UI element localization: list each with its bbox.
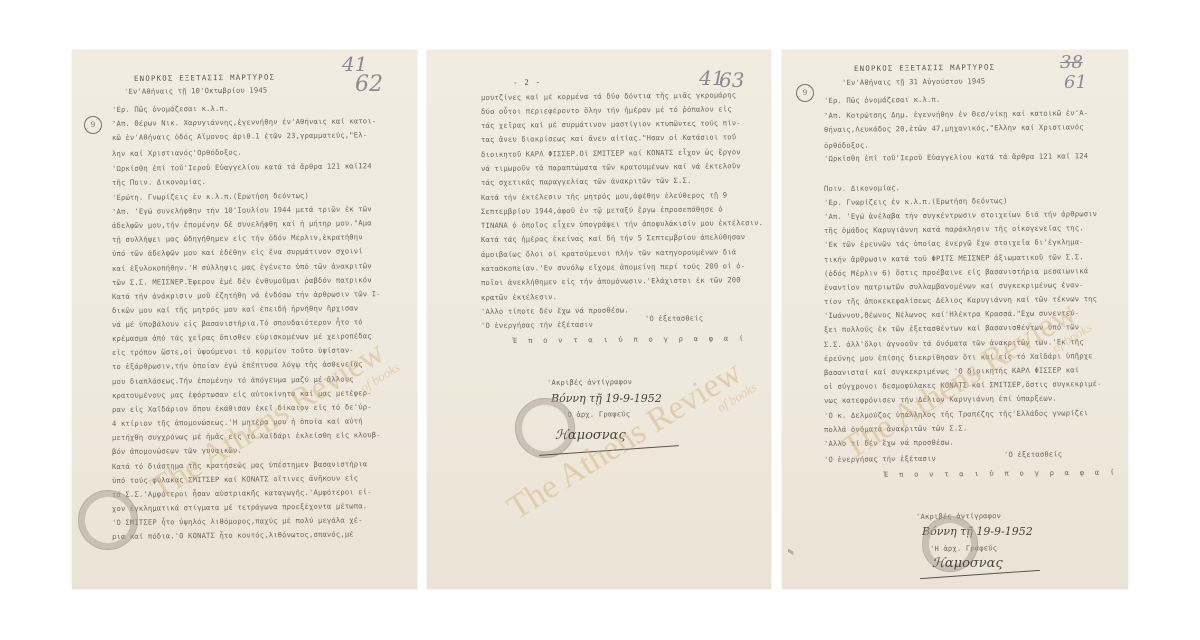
text-line: λην καί Χριστιανός'Ορθόδοξος.: [112, 148, 242, 158]
signatory-witness-label: 'Ο ἐξετασθείς: [1004, 449, 1062, 459]
text-line: τῇ συλλήψει μας ὡδηγήθημεν εἰς τήν ὁδόν …: [112, 232, 363, 244]
document-page-2: 41 63 - 2 - μουτζίνες καί μέ κορμένα τά …: [427, 50, 771, 589]
text-line: ραν εἰς Χαϊδάριον ὅπου ἐκάθισαν ἐκεῖ δίκ…: [112, 402, 372, 414]
official-seal-stamp: [78, 490, 138, 550]
signatory-witness-label: 'Ο ἐξετασθείς: [645, 313, 703, 323]
text-line: 'Ερ. Πῶς ὀνομάζεσαι κ.λ.π.: [824, 95, 941, 105]
text-line: νως κατεφρόνισεν τήν Δέλιον Καρυγιάννη ἐ…: [824, 394, 1057, 405]
text-line: το ἐξάρθρωσιν,τήν ὁποίαν ἐγώ ἐπέπτυσα λό…: [112, 359, 363, 371]
text-line: μουτζίνες καί μέ κορμένα τά δύο δόντια τ…: [481, 90, 736, 102]
typewritten-text: ΕΝΟΡΚΟΣ ΕΞΕΤΑΣΙΣ ΜΑΡΤΥΡΟΣ 'Εν'Αθήναις τῇ…: [782, 50, 1128, 589]
text-line: κατασκοπείαν.'Εν συνόλῳ εἴχομε ἀπομείνη …: [481, 261, 745, 273]
text-line: νά μέ ὑποβάλουν εἰς βασανιστήρια.Τό σπου…: [112, 317, 363, 329]
text-line: ἐρεύνης μου ἐπίσης διεκρίθησαν ὅτι καί ε…: [824, 351, 1093, 363]
text-line: 4 κτίριον τῆς ἀπομονώσεως.'Η μητέρα μου …: [112, 416, 363, 428]
text-line: χον ἐγκληματικά στίγματα μέ τετράγωνα πρ…: [112, 501, 367, 513]
text-line: 'Απ. 'Εγώ συνελήφθην τήν 10'Ιουλίου 1944…: [112, 204, 372, 216]
text-line: 'Ο κ. Δελμούζος ὑπάλληλος τῆς Τραπέζης τ…: [824, 408, 1088, 420]
text-line: θήναις,Λευκάδος 20,ἐτῶν 47,μηχανικός,"Ελ…: [824, 122, 1084, 134]
document-heading: ΕΝΟΡΚΟΣ ΕΞΕΤΑΣΙΣ ΜΑΡΤΥΡΟΣ: [134, 73, 275, 83]
text-line: εἰς τρόπον ὥστε,οἱ ὑψούμενοι τό κορμίον …: [112, 345, 354, 357]
text-line: Κατά τήν ἀνάκρισιν μοῦ ἐζητήθη νά ἐνδόσω…: [112, 289, 381, 301]
text-line: διοικητοῦ ΚΑΡΛ ΦΙΣΣΕΡ.Οἱ ΣΜΙΤΣΕΡ καί ΚΟΝ…: [481, 147, 741, 159]
text-line: μετήχθη συγχρόνως μέ ἡμᾶς εἰς τό Χαϊδάρι…: [112, 430, 381, 442]
certification-place-date: Βόννη τῇ 19-9-1952: [551, 392, 662, 405]
text-line: νά τιμωροῦν τά παραπτώματα τῶν κρατουμέν…: [481, 161, 741, 173]
text-line: 'Αλλο τί δέν ἔχω νά προσθέσω.: [824, 438, 954, 448]
text-line: κρέμασμα ἀπό τάς χεῖρας ὄπισθεν εὑρισκομ…: [112, 331, 372, 343]
signatures-follow-line: Ἐ π ο ν τ α ι ὑ π ο γ ρ α φ α ί: [513, 334, 746, 345]
text-line: 'Ερώτη. Γνωρίζεις ἐν κ.λ.π.(Ερωτήση δεόν…: [112, 191, 309, 202]
text-line: τῶν Σ.Σ. ΜΕΙΣΝΕΡ.Ἐφερον ἐμέ δέν ἐνθυμοῦμ…: [112, 275, 372, 287]
text-line: δύο οὗτοι περιεφέροντο ὅλην τήν ἡμέραν μ…: [481, 104, 732, 116]
text-line: 'Απ. 'Εγώ ἀνέλαβα τήν συγκέντρωσιν στοιχ…: [824, 209, 1097, 221]
text-line: πολλά ὀνόματα ἀνακριτῶν τῶν Σ.Σ.: [824, 423, 967, 433]
certification-label: 'Ακριβές ἀντίγραφον: [547, 377, 632, 387]
text-line: κρατῶν ἐκτέλεσιν.: [481, 292, 557, 302]
text-line: καί ἐξυλοκοπήθην.'Η σύλληψις μας ἐγένετο…: [112, 261, 372, 273]
text-line: δικῶν μου καί τῆς μητρός μου καί ἐπειδή …: [112, 303, 358, 315]
text-line: 'Ερ. Γνωρίζεις ἐν κ.λ.π.(Ερωτήση δεόντως…: [824, 196, 1008, 207]
text-line: τας ἄνευ διακρίσεως καί ἄνευ αἰτίας."Ησα…: [481, 132, 736, 144]
text-line: τίον τῆς ἀποκεκεφαλίσεως Δέλιος Καρυγιάν…: [824, 294, 1097, 306]
text-line: ξει πολλούς ἐκ τῶν ἐξετασθέντων καί βασα…: [824, 322, 1079, 334]
text-line: κρατουμένους μας ἐφόρτωσαν εἰς αὐτοκίνητ…: [112, 388, 372, 400]
text-line: ὑπό τῶν ἀδελφῶν μου καί ἐδέθην εἰς ἕνα σ…: [112, 246, 363, 258]
text-line: ρια καί πόδια.'Ο ΚΟΝΑΤΣ ἦτο κοντός,λιθόν…: [112, 529, 354, 541]
text-line: 'Εν'Αθήναις τῇ 10'Οκτωβρίου 1945: [124, 85, 267, 95]
text-line: Κατά τάς ἡμέρας ἐκείνας καί δή τήν 5 Σεπ…: [481, 232, 745, 244]
text-line: ὀρθόδοξος.: [824, 141, 869, 150]
text-line: 'Απ. Κοτρώτσης Δημ. ἐγεννήθην ἐν Θεσ/νίκ…: [824, 108, 1088, 120]
text-line: τάς σχετικάς παραγγελίας τῶν ἀνακριτῶν τ…: [481, 176, 692, 187]
text-line: (ὁδός Μέρλιν 6) ὅστις προέβαινε εἰς βασα…: [824, 266, 1088, 278]
document-page-3: 38 61 9 ΕΝΟΡΚΟΣ ΕΞΕΤΑΣΙΣ ΜΑΡΤΥΡΟΣ 'Εν'Αθ…: [782, 50, 1128, 589]
handwritten-signature: ℋαμοσνας: [555, 428, 626, 443]
signatory-examiner-label: 'Ο ἐνεργήσας τήν ἐξέτασιν: [824, 454, 936, 464]
text-line: ἀμοιβαίως ὅλοι οἱ κρατούμενοι πλήν τῶν κ…: [481, 247, 736, 259]
text-line: Ποιν. Δικονομίας.: [824, 183, 900, 193]
text-line: 'Ωρκίσθη ἐπί τοῦ'Ιεροῦ Εὐαγγελίου κατά τ…: [824, 151, 1088, 163]
page-number: - 2 -: [513, 78, 541, 87]
text-line: βόν ἀπομονώσεων τῶν γυναικῶν.: [112, 446, 242, 456]
text-line: ὑπό τούς φύλακας ΣΜΙΤΣΕΡ καί ΚΟΝΑΤΣ οἵτι…: [112, 473, 358, 485]
handwritten-signature: ℋαμοσνας: [932, 556, 1003, 571]
signatory-examiner-label: 'Ο ἐνεργήσας τήν ἐξέτασιν: [481, 320, 593, 330]
document-heading: ΕΝΟΡΚΟΣ ΕΞΕΤΑΣΙΣ ΜΑΡΤΥΡΟΣ: [854, 63, 995, 73]
text-line: Κατά τό διάστημα τῆς κρατήσεώς μας ὑπέστ…: [112, 459, 367, 471]
text-line: ἀδελφῶν μου,τήν ἐπομένην δέ συνελήφθη κα…: [112, 218, 372, 230]
text-line: 'Αλλο τίποτε δέν ἔχω νά προσθέσω.: [481, 305, 629, 316]
text-line: τικήν ἄρθρωσιν κατά τοῦ ΦΡΙΤΣ ΜΕΙΣΝΕΡ ἀξ…: [824, 252, 1084, 264]
text-line: κῶ ἐν'Αθήναις ὁδός Αἵμονος ἀριθ.1 ἐτῶν 2…: [112, 130, 367, 142]
document-page-1: 41 62 9 ΕΝΟΡΚΟΣ ΕΞΕΤΑΣΙΣ ΜΑΡΤΥΡΟΣ 'Εν'Αθ…: [72, 50, 417, 589]
typewritten-text: - 2 - μουτζίνες καί μέ κορμένα τά δύο δό…: [427, 50, 771, 589]
text-line: τῆς ὁμάδος Καρυγιάννη κατά παράκλησιν τῆ…: [824, 223, 1084, 235]
text-line: τά Σ.Σ.'Αμφότεροι ἦσαν αὐστριακῆς καταγω…: [112, 487, 372, 499]
text-line: 'Ιωάννου,Θέωνος Νέλωνος καί'Ηλέκτρα Κρασ…: [824, 308, 1079, 320]
text-line: οἱ σύγχρονοι δεσμοφύλακες ΚΟΝΑΤΣ καί ΣΜΙ…: [824, 379, 1102, 391]
text-line: Κατά τήν ἐκτέλεσιν τῆς μητρός μου,ἀφέθην…: [481, 190, 727, 202]
text-line: Σεπτεμβρίου 1944,ἀφοῦ ἐν τῷ μεταξύ ἔργω …: [481, 204, 723, 216]
text-line: ἐναντίον πατριωτῶν συλλαμβανομένων καί σ…: [824, 280, 1084, 292]
text-line: μου διαπλάσεως.Τήν ἐπομένην τό ἀπόγευμα …: [112, 374, 354, 386]
text-line: 'Εκ τῶν ἐρευνῶν τάς ὁποίας ἐνεργῶ ἔχω στ…: [824, 237, 1084, 249]
text-line: 'Ωρκίσθη ἐπί τοῦ'Ιεροῦ Εὐαγγελίου κατά τ…: [112, 161, 372, 173]
text-line: 'Ο ΣΜΙΤΣΕΡ ἦτο ὑψηλός λιθόμορος,παχύς μέ…: [112, 515, 363, 527]
text-line: τῆς Ποιν. Δικονομίας.: [112, 177, 206, 187]
handwritten-margin-note: ⁄⁄⁄: [786, 550, 794, 554]
text-line: 'Εν'Αθήναις τῇ 31 Αὐγούστου 1945: [842, 76, 985, 86]
text-line: τάς χεῖρας καί μέ συρμάτινον μαστίγιον κ…: [481, 118, 741, 130]
text-line: ΤΙΝΑΝΑ ὁ ὁποῖος εἶχεν ὑπογράψει τήν ἀποφ…: [481, 218, 763, 230]
signatures-follow-line: Ἐ π ο ν τ α ι ὑ π ο γ ρ α φ α ί: [884, 468, 1117, 479]
text-line: ποῖοι ἀνεκλήθημεν εἰς τήν ἀπομόνωσιν.'Ελ…: [481, 275, 741, 287]
text-line: Σ.Σ. ἀλλ'ὅλοι ἀγνοοῦν τά ὀνόματα τῶν ἀνα…: [824, 337, 1084, 349]
text-line: 'Ερ. Πῶς ὀνομάζεσαι κ.λ.π.: [112, 104, 229, 114]
text-line: 'Απ. Θέρων Νικ. Χαρυγιάννης,ἐγεννήθην ἐν…: [112, 116, 376, 128]
text-line: βασανισταί καί συγκεκριμένως 'Ο διοικητή…: [824, 365, 1079, 377]
